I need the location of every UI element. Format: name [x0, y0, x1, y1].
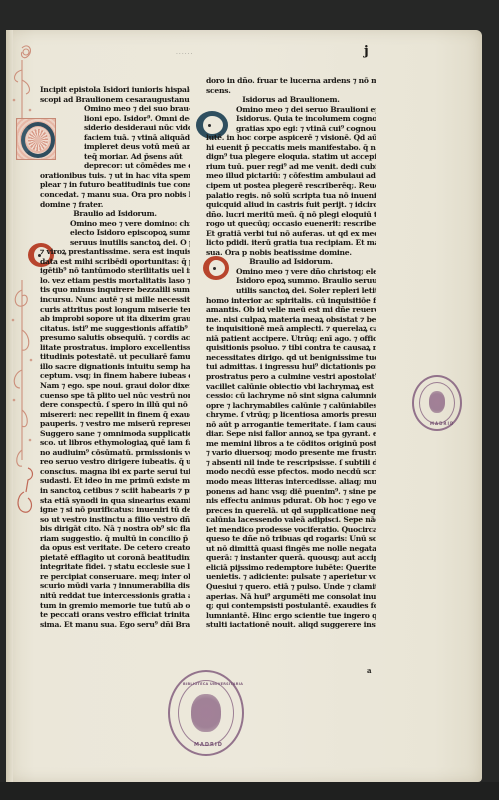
- text-line: Quesiui ⁊ quero. etiā ⁊ pulso. Unde ⁊ cl…: [206, 582, 376, 592]
- text-line: integritate fidei. ⁊ statu ecclesie sue …: [40, 562, 190, 572]
- royal-crest-icon: [191, 694, 221, 732]
- text-line: deprecor: ut cōmēdes me deo: [40, 161, 190, 171]
- text-line: modo necdū esse pfectos. modo necdū scri…: [206, 467, 376, 477]
- text-line: opre ⁊ lachrymabiles calūnie ⁊ calūniabi…: [206, 401, 376, 411]
- text-line: no audiuim⁹ cōsūmatū. prmissionis vestre…: [40, 448, 190, 458]
- text-line: modo meas litteras intercedisse. aliaq; …: [206, 477, 376, 487]
- text-line: orationibus tuis. ⁊ ut in hac vita spem …: [40, 171, 190, 181]
- text-line: Omino meo ⁊ dei suo brau-: [40, 104, 190, 114]
- text-line: lumniantē. Hinc ergo scientie tue ingero…: [206, 611, 376, 621]
- text-line: quisitionis psoluo. ⁊ tibi contra te cau…: [206, 343, 376, 353]
- text-line: plear ⁊ in futuro beatitudinis tue conso…: [40, 180, 190, 190]
- stamp-city-text: MADRID: [430, 421, 454, 426]
- text-line: so ut vestro instinctu a filio vestro dñ…: [40, 515, 190, 525]
- text-line: ⁊ viroꝝ prestantissime. sera est inquisi…: [40, 247, 190, 257]
- text-line: te inquisitionē meā amplecti. ⁊ querelaꝝ…: [206, 324, 376, 334]
- text-line: ponens ad hanc vsq; diē puenim⁹. ⁊ sine …: [206, 487, 376, 497]
- text-line: te peccati orans vestro efficiat trinita…: [40, 610, 190, 620]
- text-line: cessio: cū lachryme nō sint signa calumn…: [206, 391, 376, 401]
- text-line: concedat. ⁊ manu sua. Ora pro nobis beat…: [40, 190, 190, 200]
- text-line: rium tuū. puer regi⁹ ad me venit. dedi c…: [206, 162, 376, 172]
- text-line: lo. vez etiam pestis mortalitatis laso ⁊…: [40, 276, 190, 286]
- text-line: tum in gremio memorie tue tutū ab oi tem…: [40, 601, 190, 611]
- royal-crest-icon: [429, 391, 445, 413]
- text-line: presumo salutis obsequiū. ⁊ cordis ac co…: [40, 333, 190, 343]
- text-line: hi euenit p̄ peccatis meis manifestabo. …: [206, 143, 376, 153]
- text-line: nitū reddat tue intercessionis gratia ac…: [40, 591, 190, 601]
- text-line: stulti iactationē nouit. aliqd suggerere…: [206, 620, 376, 630]
- text-line: reo seruo vestro dirigere iubeatis. q̄ u…: [40, 457, 190, 467]
- text-line: domine ⁊ frater.: [40, 200, 190, 210]
- text-line: scopi ad Braulionem cesaraugustanu episc…: [40, 95, 190, 105]
- text-line: homo interior ac spiritalis. cū inquisit…: [206, 296, 376, 306]
- text-line: nis effectu animus pdurat. Ob hoc ⁊ ego …: [206, 496, 376, 506]
- text-line: prostratus pero a culmine vestri apostol…: [206, 372, 376, 382]
- text-line: riam suggestio. q̄ multū in concilio p̄ …: [40, 534, 190, 544]
- text-line: let mendico prodesse vociferatio. Quocir…: [206, 525, 376, 535]
- text-line: seruus inutilis sanctoꝝ dei. O pie domin…: [40, 238, 190, 248]
- text-line: dere conspectū. ſ spero in illū qui nō o…: [40, 400, 190, 410]
- text-line: scens.: [206, 86, 376, 96]
- text-line: q; qui contempsisti postulantē. exaudies…: [206, 601, 376, 611]
- text-line: cipem ut postea plegerē rescriberēq;. Re…: [206, 181, 376, 191]
- text-line: impleret deus votū meū an-: [40, 142, 190, 152]
- right-text-column: doro in dño. fruar te lucerna ardens ⁊ n…: [206, 76, 376, 630]
- text-line: electo Isidoro episcopoꝝ summo. Braulio: [40, 228, 190, 238]
- section-heading: Isidorus ad Braulionem.: [206, 95, 376, 105]
- text-line: sima. Et manu sua. Ego seru⁹ dñi Braulio…: [40, 620, 190, 630]
- text-line: niā patient accipere. Utrūq; enī ago. ⁊ …: [206, 334, 376, 344]
- text-line: sta etiā synodi in qua sinearius examini…: [40, 496, 190, 506]
- text-line: amantis. Ob id velle meū est mi dñe reue…: [206, 305, 376, 315]
- text-line: lioni epo. Isidor⁹. Omni de-: [40, 114, 190, 124]
- text-line: Omino meo ⁊ dei seruo Braulioni epo.: [206, 105, 376, 115]
- text-line: Nam ⁊ ego. spe noui. graui dolor dixerim…: [40, 381, 190, 391]
- text-line: tui admittas. i ingressu hui⁹ dictationi…: [206, 362, 376, 372]
- text-line: querā: ⁊ instanter querā. quousq; aut ac…: [206, 553, 376, 563]
- text-line: rogo ut quecūq; occasio euenerit: rescri…: [206, 219, 376, 229]
- text-line: palatio regis. nō solū scripta tua nō in…: [206, 191, 376, 201]
- text-line: ⁊ absenti nil inde te rescripsisse. ſ su…: [206, 458, 376, 468]
- text-line: ab improbi sopore ut ita dixerim grauedi…: [40, 314, 190, 324]
- text-line: conscius. magna ibi ex parte serui tui p…: [40, 467, 190, 477]
- text-line: litate prostratus. imploro excellentissi…: [40, 343, 190, 353]
- text-line: chryme. ſ vtrūq; p licentiosa amoris pre…: [206, 410, 376, 420]
- text-line: preces in querelā. ut qd supplicatione n…: [206, 506, 376, 516]
- text-line: Suggero sane ⁊ omnimoda supplicatione de…: [40, 429, 190, 439]
- text-line: illo sacre dignationis intuitu semp habu…: [40, 362, 190, 372]
- text-line: re percipiat conseruare. meq; inter obla…: [40, 572, 190, 582]
- scan-bottom-border: [0, 782, 499, 800]
- text-line: Incipit epistola Isidori iunioris hispal…: [40, 85, 190, 95]
- text-line: data est mihi scribēdi oportunitas: q̄ p…: [40, 257, 190, 267]
- text-line: teq̄ moriar. Ad p̄sens aūt: [40, 152, 190, 162]
- small-library-stamp: MADRID: [412, 375, 462, 431]
- text-line: sudasti. Et ideo in me primū existe muni…: [40, 476, 190, 486]
- text-line: Isidoro epoꝝ summo. Braulio seruus in-: [206, 276, 376, 286]
- text-line: sco. ut libros ethymologiaꝝ quē iam faue…: [40, 438, 190, 448]
- text-line: doro in dño. fruar te lucerna ardens ⁊ n…: [206, 76, 376, 86]
- faded-shelfmark: ······: [176, 51, 193, 58]
- text-line: in sanctoꝝ cetibus ⁊ sciit habearis ⁊ pr…: [40, 486, 190, 496]
- text-line: Et gratiā verbi tui nō auferas. ut qd ex…: [206, 229, 376, 239]
- text-line: lutē. in hoc corpe aspicerē ⁊ visionē. Q…: [206, 133, 376, 143]
- text-line: da opus est veritate. De cetero creatore…: [40, 543, 190, 553]
- text-line: siderio desideraui nūc vidcre: [40, 123, 190, 133]
- text-line: necessitates dirigo. qd ut benignissime …: [206, 353, 376, 363]
- text-line: me. nisi culpaꝝ materia meaꝝ obsistat ⁊ …: [206, 315, 376, 325]
- text-line: bis dirigāt cito. Nā ⁊ nostra ob⁹ sic fl…: [40, 524, 190, 534]
- text-line: meo illud pictariū: ⁊ cōfestim ambulaui …: [206, 171, 376, 181]
- left-text-column: Incipit epistola Isidori iunioris hispal…: [40, 85, 190, 629]
- text-line: tis quo minus inquirere bezzalili sum pr…: [40, 285, 190, 295]
- text-line: misereri: nec repellit in finem q̄ exaud…: [40, 410, 190, 420]
- signature-mark: a: [367, 666, 372, 675]
- text-line: faciem tuā. ⁊ vtinā aliquādo: [40, 133, 190, 143]
- text-line: Omino meo ⁊ vere dño christoq; electo: [206, 267, 376, 277]
- text-line: dign⁹ tua plegere eloquia. statim ut acc…: [206, 152, 376, 162]
- large-library-stamp: BIBLIOTECA UNIVERSITARIA MADRID: [168, 670, 244, 756]
- text-line: pauperis. ⁊ vestro me miserū representet…: [40, 419, 190, 429]
- text-line: sua. Ora p nobis beatissime domine.: [206, 248, 376, 258]
- text-line: Omino meo ⁊ vere domino: christoq̄: [40, 219, 190, 229]
- folio-mark: j: [364, 44, 369, 59]
- stamp-city-text: MADRID: [194, 742, 223, 748]
- text-line: vacillet calūnie obiectio vbi lachrymaꝝ …: [206, 382, 376, 392]
- text-line: titudinis potestatē. ut peculiarē famulū…: [40, 352, 190, 362]
- stamp-institution-text: BIBLIOTECA UNIVERSITARIA: [183, 682, 243, 686]
- section-heading: Braulio ad Isidorum.: [206, 257, 376, 267]
- text-line: scurio mūdi varia ⁊ innumerabilia discri…: [40, 581, 190, 591]
- text-line: queso te dñe nō tribuas qd rogaris: Unū …: [206, 534, 376, 544]
- text-line: nō aūt p arrogantie temeritate. ſ iam ca…: [206, 420, 376, 430]
- text-line: Isidorus. Quia te incolumem cognoui.: [206, 114, 376, 124]
- text-line: ceptum. vsq; in finem habere iubeas cōme…: [40, 371, 190, 381]
- text-line: licto pdidi. iterū gratia tua recipiam. …: [206, 238, 376, 248]
- section-heading: Braulio ad Isidorum.: [40, 209, 190, 219]
- text-line: calūnia lacessendo valeā adipisci. Sepe …: [206, 515, 376, 525]
- text-line: ⁊ vario diuersoq; modo presente me frust…: [206, 448, 376, 458]
- text-line: utilis sanctoꝝ dei. Soler repleri letiti…: [206, 286, 376, 296]
- text-line: pietatē efflagito ut coronā beatitudinis…: [40, 553, 190, 563]
- text-line: cuenso spe tā plito uel nūc vestrū non m…: [40, 391, 190, 401]
- text-line: quicquid aliud in castris fuit perijt. ⁊…: [206, 200, 376, 210]
- text-line: eliciā pijssimo redemptore iubēte: Queri…: [206, 563, 376, 573]
- text-line: gratias xpo egi: ⁊ vtinā cui⁹ cognoui sa…: [206, 124, 376, 134]
- text-line: me memini libros a te cōditos originū po…: [206, 439, 376, 449]
- text-line: curis attritus post longum miserie tempu…: [40, 305, 190, 315]
- text-line: citatus. isti⁹ me suggestionis affatib⁹ …: [40, 324, 190, 334]
- text-line: igētib⁹ nō tantūmodo sterilitatis uel in…: [40, 266, 190, 276]
- floral-margin-border-icon: [8, 40, 36, 540]
- text-line: igne ⁊ si nō purificatus: inueniri tū de…: [40, 505, 190, 515]
- text-line: diar. Sepe nisi fallor annoꝝ se tpa gyra…: [206, 429, 376, 439]
- text-line: uenietis. ⁊ adiciente: pulsate ⁊ aperiet…: [206, 572, 376, 582]
- text-line: incursu. Nunc autē ⁊ si mille necessitat…: [40, 295, 190, 305]
- text-line: aperias. Nā hui⁹ argumēti me consolat in…: [206, 592, 376, 602]
- text-line: dño. lucri meritū meū. q̄ nō plegi eloqu…: [206, 210, 376, 220]
- text-line: ut nō dimittā quasi fingēs me nolle nega…: [206, 544, 376, 554]
